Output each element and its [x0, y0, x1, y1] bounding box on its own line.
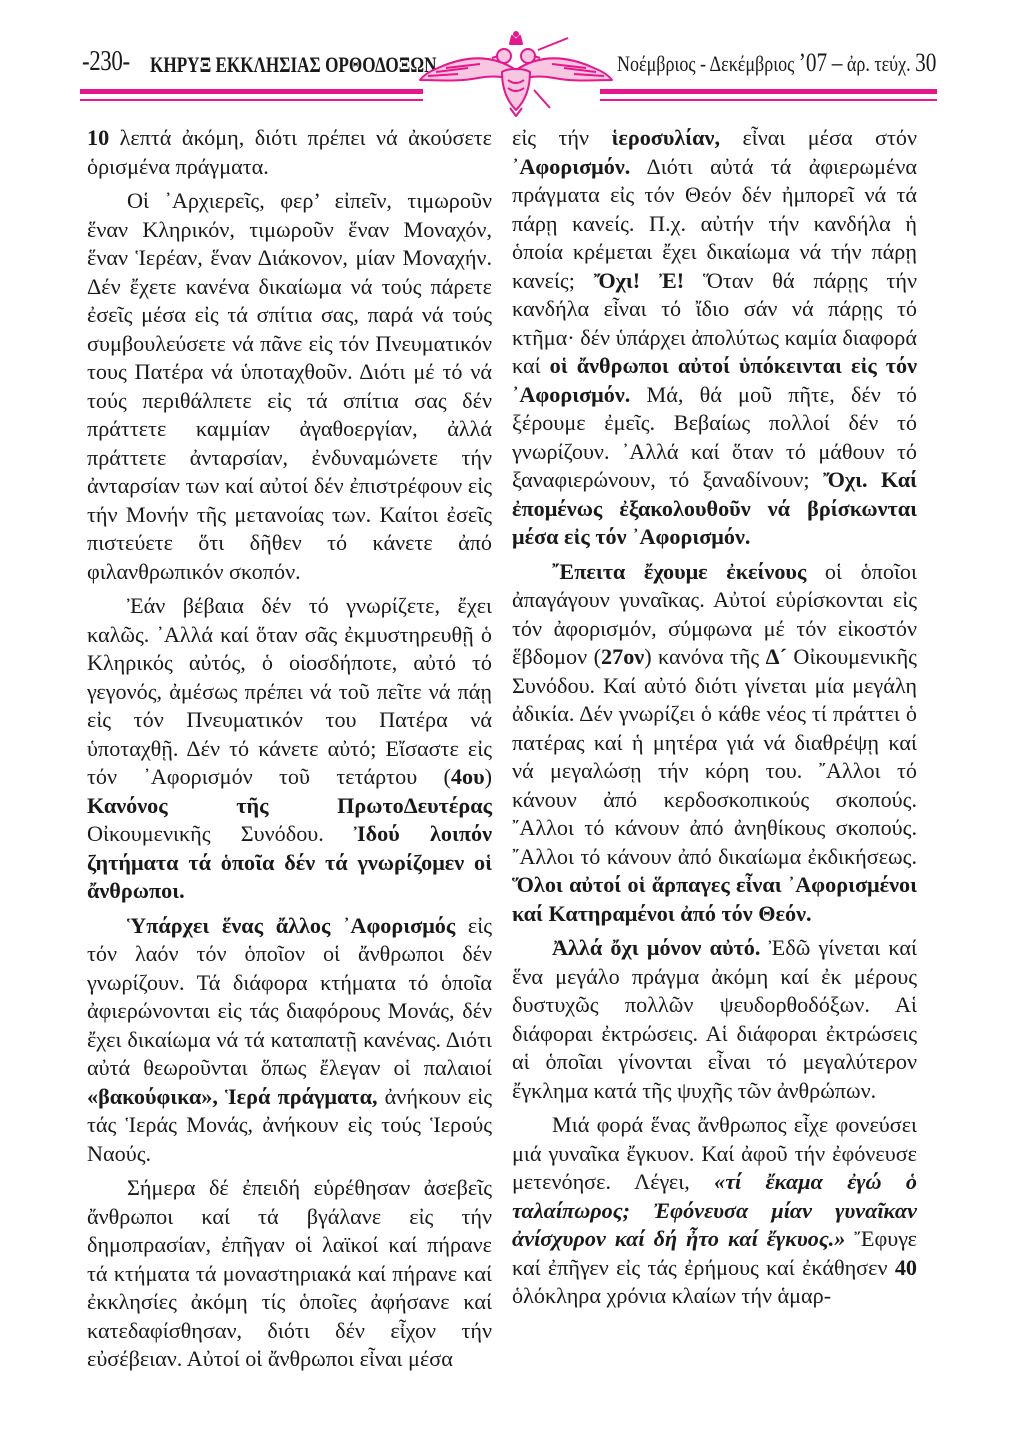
double-headed-eagle-icon — [418, 30, 614, 118]
paragraph-text: ) κανόνα τῆς — [644, 644, 765, 669]
bold-text: «βακούφικα», Ἱερά πράγματα, — [87, 1084, 378, 1109]
bold-text: Ὅλοι αὐτοί οἱ ἅρπαγες εἶναι ᾿Αφορισμένοι… — [512, 872, 917, 926]
issue-months: Νοέμβριος - Δεκέμβριος — [617, 51, 794, 76]
bold-text: Ἀλλά ὄχι μόνον αὐτό. — [552, 935, 760, 960]
left-column: 10 λεπτά ἀκόμη, διότι πρέπει νά ἀκούσετε… — [87, 124, 492, 1374]
paragraph-text: Ἐάν βέβαια δέν τό γνωρίζετε, ἔχει καλῶς.… — [87, 593, 492, 789]
bold-text: Δ´ — [766, 644, 787, 669]
bold-text: 4ου — [451, 764, 485, 789]
paragraph: Μιά φορά ἕνας ἄνθρωπος εἶχε φονεύσει μιά… — [512, 1111, 917, 1311]
paragraph-text: Οἱ ᾿Αρχιερεῖς, φερ’ εἰπεῖν, τιμωροῦν ἕνα… — [87, 188, 492, 584]
paragraph-text: Ἐδῶ γίνεται καί ἕνα μεγάλο πράγμα ἀκόμη … — [512, 935, 917, 1103]
paragraph-text: ) — [485, 764, 492, 789]
bold-text: Ὑπάρχει ἕνας ἄλλος ᾿Αφορισμός — [127, 913, 455, 938]
header-rule-right-thick — [600, 89, 937, 94]
page-number: -230- — [82, 46, 130, 78]
paragraph: Ὑπάρχει ἕνας ἄλλος ᾿Αφορισμός εἰς τόν λα… — [87, 912, 492, 1169]
bold-text: Ὄχι! Ἐ! — [594, 268, 684, 293]
paragraph: Ἀλλά ὄχι μόνον αὐτό. Ἐδῶ γίνεται καί ἕνα… — [512, 934, 917, 1105]
paragraph-text: εἰς τήν — [512, 125, 611, 150]
paragraph-text: ὁλόκληρα χρόνια κλαίων τήν ἁμαρ- — [512, 1283, 831, 1308]
page-header: -230- ΚΗΡΥΞ ΕΚΚΛΗΣΙΑΣ ΟΡΘΟΔΟΞΩΝ Ν — [0, 0, 1010, 115]
header-rule-right-thin — [600, 99, 937, 101]
paragraph: ῎Επειτα ἔχουμε ἐκείνους οἱ ὁποῖοι ἀπαγάγ… — [512, 558, 917, 929]
paragraph: 10 λεπτά ἀκόμη, διότι πρέπει νά ἀκούσετε… — [87, 124, 492, 181]
header-rule-left-thick — [80, 89, 423, 94]
issue-label: ἀρ. τεύχ. — [847, 51, 911, 76]
paragraph-text: Οἰκουμενικῆς Συνόδου. — [87, 821, 354, 846]
paragraph-text: λεπτά ἀκόμη, διότι πρέπει νά ἀκούσετε ὁρ… — [87, 125, 492, 179]
issue-info: Νοέμβριος - Δεκέμβριος ’07 – ἀρ. τεύχ. 3… — [617, 48, 936, 78]
bold-number: 10 — [87, 125, 109, 150]
paragraph: Σήμερα δέ ἐπειδή εὑρέθησαν ἀσεβεῖς ἄνθρω… — [87, 1174, 492, 1374]
paragraph-text: Οἰκουμενικῆς Συνόδου. Καί αὐτό διότι γίν… — [512, 644, 917, 869]
paragraph: Ἐάν βέβαια δέν τό γνωρίζετε, ἔχει καλῶς.… — [87, 592, 492, 906]
issue-year: ’07 — [799, 48, 827, 77]
issue-dash: – — [832, 48, 843, 77]
issue-number: 30 — [915, 48, 936, 77]
bold-text: ῎Επειτα ἔχουμε ἐκείνους — [552, 559, 806, 584]
bold-text: ἱεροσυλίαν, — [611, 125, 720, 150]
bold-text: ᾿Αφορισμόν. — [512, 154, 630, 179]
paragraph-text: Σήμερα δέ ἐπειδή εὑρέθησαν ἀσεβεῖς ἄνθρω… — [87, 1175, 492, 1371]
right-column: εἰς τήν ἱεροσυλίαν, εἶναι μέσα στόν ᾿Αφο… — [512, 124, 917, 1311]
paragraph: εἰς τήν ἱεροσυλίαν, εἶναι μέσα στόν ᾿Αφο… — [512, 124, 917, 552]
bold-text: 27ον — [601, 644, 644, 669]
magazine-title: ΚΗΡΥΞ ΕΚΚΛΗΣΙΑΣ ΟΡΘΟΔΟΞΩΝ — [150, 52, 436, 78]
bold-text: Κανόνος τῆς ΠρωτοΔευτέρας — [87, 793, 492, 818]
paragraph-text: εἶναι μέσα στόν — [720, 125, 917, 150]
header-rule-left-thin — [80, 99, 423, 101]
bold-number: 40 — [895, 1255, 917, 1280]
paragraph: Οἱ ᾿Αρχιερεῖς, φερ’ εἰπεῖν, τιμωροῦν ἕνα… — [87, 187, 492, 586]
